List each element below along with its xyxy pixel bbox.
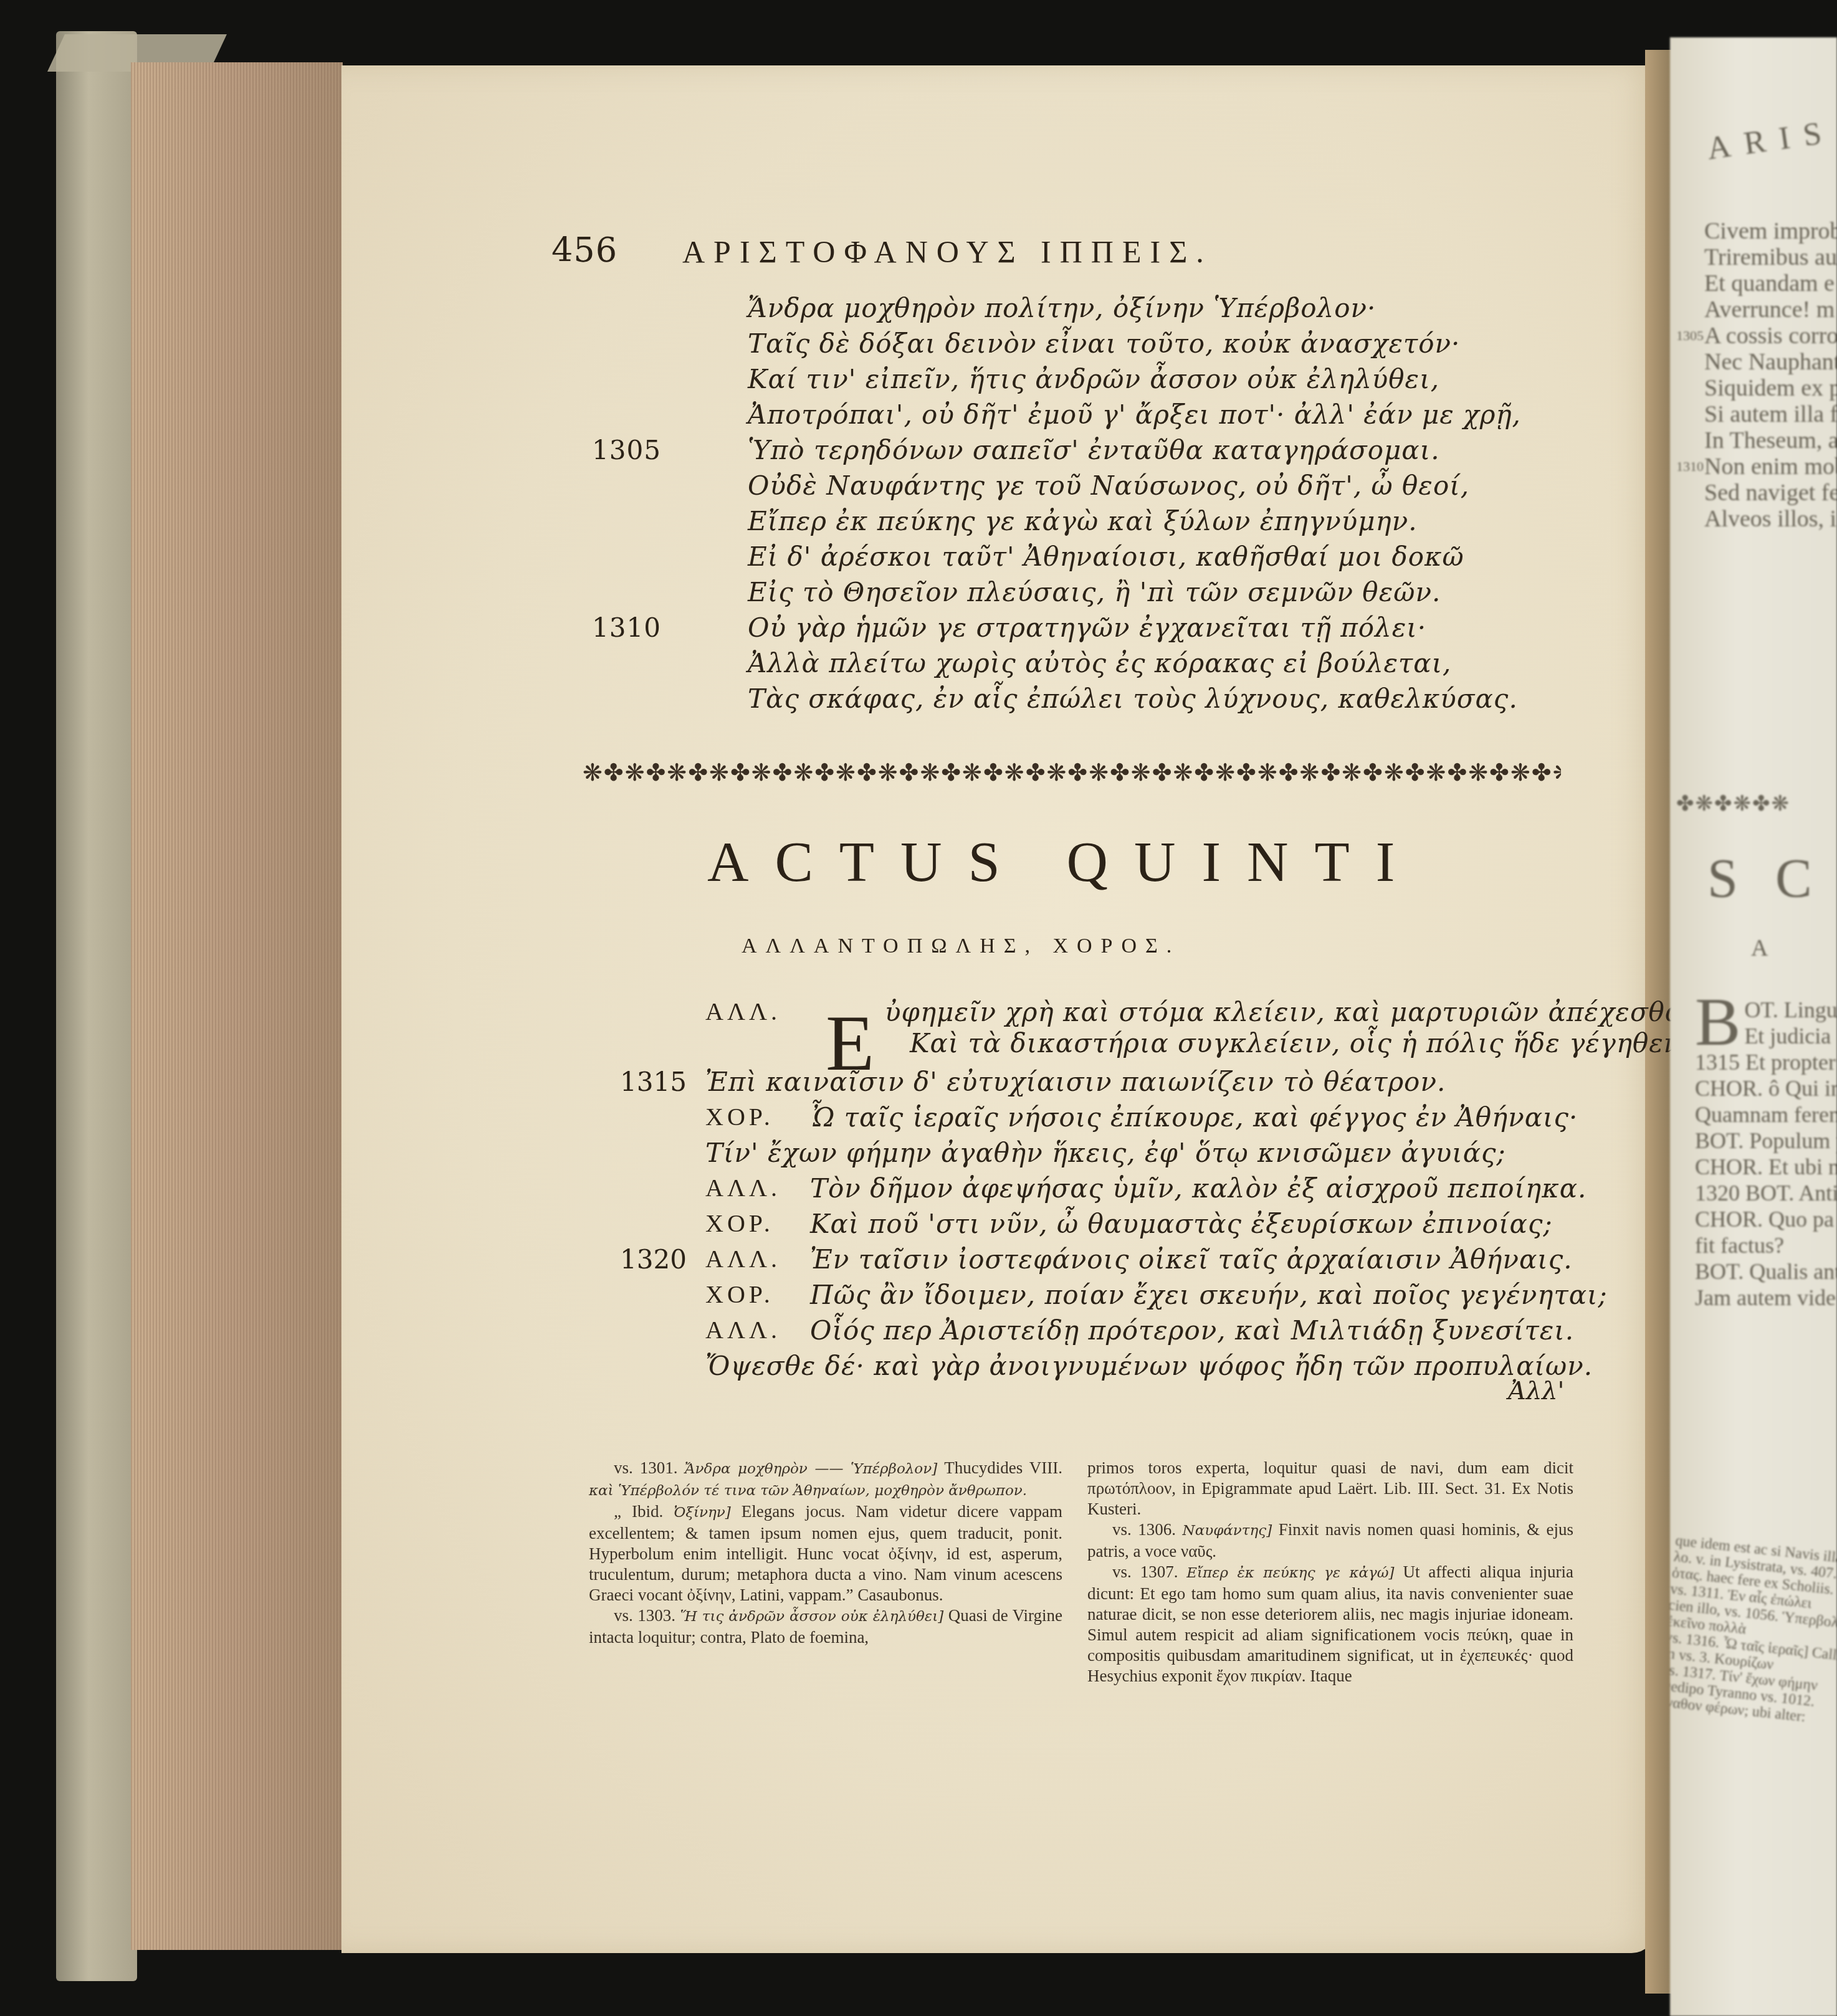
- verse-text: A cossis corrod: [1704, 323, 1837, 349]
- verse-text: Τὰς σκάφας, ἐν αἷς ἐπώλει τοὺς λύχνους, …: [748, 683, 1518, 714]
- verse-text: Ταῖς δὲ δόξαι δεινὸν εἶναι τοῦτο, κοὐκ ἀ…: [748, 328, 1460, 359]
- dialogue-line: CHOR. ô Qui in: [1695, 1075, 1837, 1101]
- dialogue-line: CHOR. Et ubi n: [1695, 1154, 1837, 1180]
- right-ornament-band: ✤❋✤❋✤❋: [1676, 791, 1790, 816]
- verse-line: Εἴπερ ἐκ πεύκης γε κἀγὼ καὶ ξύλων ἐπηγνύ…: [654, 506, 1651, 541]
- book-cover-left: [56, 31, 137, 1981]
- speaker-label: ΑΛΛ.: [705, 1315, 781, 1344]
- dialogue-line: Ὄψεσθε δέ· καὶ γὰρ ἀνοιγνυμένων ψόφος ἤδ…: [654, 1351, 1651, 1386]
- verse-line: Si autem illa fi: [1704, 401, 1837, 427]
- footnotes-right-column: primos toros experta, loquitur quasi de …: [1087, 1458, 1573, 1686]
- verse-line: Εἰς τὸ Θησεῖον πλεύσαις, ἢ 'πὶ τῶν σεμνῶ…: [654, 577, 1651, 612]
- verse-text: Οὐ γὰρ ἡμῶν γε στρατηγῶν ἐγχανεῖται τῇ π…: [748, 612, 1426, 643]
- dialogue-line: Quamnam ferens: [1695, 1101, 1837, 1128]
- footnote-lemma: Ἄνδρα μοχθηρὸν —— Ὑπέρβολον]: [685, 1461, 937, 1477]
- verse-line: Civem improb: [1704, 218, 1837, 244]
- line-number: 1305: [1676, 323, 1704, 349]
- verse-text: Καί τιν' εἰπεῖν, ἥτις ἀνδρῶν ἆσσον οὐκ ἐ…: [748, 364, 1439, 394]
- footnote: vs. 1301. Ἄνδρα μοχθηρὸν —— Ὑπέρβολον] T…: [589, 1458, 1062, 1501]
- right-scene-persons: A: [1751, 934, 1777, 962]
- dialogue-line: Jam autem vide: [1695, 1285, 1837, 1311]
- dialogue-line: 1320 ΑΛΛ. Ἐν ταῖσιν ἰοστεφάνοις οἰκεῖ τα…: [654, 1244, 1651, 1280]
- dialogue-line: 1315 Ἐπὶ καιναῖσιν δ' εὐτυχίαισιν παιωνί…: [654, 1067, 1651, 1102]
- dialogue-line: ΧΟΡ. Ὦ ταῖς ἱεραῖς νήσοις ἐπίκουρε, καὶ …: [654, 1102, 1651, 1138]
- verse-text: Τίν' ἔχων φήμην ἀγαθὴν ἥκεις, ἐφ' ὅτῳ κν…: [705, 1138, 1506, 1168]
- verse-text: Καὶ ποῦ 'στι νῦν, ὦ θαυμαστὰς ἐξευρίσκων…: [810, 1209, 1553, 1239]
- verse-text: Alveos illos, in: [1704, 506, 1837, 532]
- right-page: ARIS Civem improb Triremibus au Et quand…: [1670, 37, 1837, 2016]
- footnote-lemma: Ὀξίνην]: [674, 1505, 730, 1521]
- verse-text: Civem improb: [1704, 218, 1837, 244]
- footnote: vs. 1307. Εἴπερ ἐκ πεύκης γε κἀγώ] Ut af…: [1087, 1562, 1573, 1686]
- verse-text: Ἄνδρα μοχθηρὸν πολίτην, ὀξίνην Ὑπέρβολον…: [748, 293, 1376, 323]
- verse-text: Et quandam e: [1704, 270, 1835, 297]
- page-block-edges: [131, 62, 343, 1950]
- decorative-ornament-band: ❋✤❋✤❋✤❋✤❋✤❋✤❋✤❋✤❋✤❋✤❋✤❋✤❋✤❋✤❋✤❋✤❋✤❋✤❋✤❋✤…: [583, 760, 1561, 785]
- speaker-label: ΧΟΡ.: [705, 1280, 774, 1309]
- verse-line: Καί τιν' εἰπεῖν, ἥτις ἀνδρῶν ἆσσον οὐκ ἐ…: [654, 364, 1651, 399]
- dialogue-line: fit factus?: [1695, 1232, 1837, 1258]
- footnote: vs. 1303. Ἥ τις ἀνδρῶν ἆσσον οὐκ ἐληλύθε…: [589, 1605, 1062, 1648]
- catchword: Ἀλλ': [1508, 1377, 1565, 1405]
- verse-text: Triremibus au: [1704, 244, 1837, 270]
- verse-line: Averrunce! m: [1704, 297, 1837, 323]
- verse-line: In Theseum, a: [1704, 427, 1837, 454]
- footnote-text: Thucydides VIII.: [944, 1458, 1062, 1477]
- dialogue-line: Καὶ τὰ δικαστήρια συγκλείειν, οἷς ἡ πόλι…: [654, 1028, 1651, 1067]
- dialogue-line: ΧΟΡ. Πῶς ἂν ἴδοιμεν, ποίαν ἔχει σκευήν, …: [654, 1280, 1651, 1315]
- verse-text: Sed naviget fe: [1704, 480, 1837, 506]
- footnote-ref: vs. 1303.: [614, 1606, 675, 1625]
- verse-line: Alveos illos, in: [1704, 506, 1837, 532]
- right-dialogue-block: B OT. Linguis fa Et judicia c 1315 Et pr…: [1695, 997, 1837, 1311]
- verse-line: 1305Ὑπὸ τερηδόνων σαπεῖσ' ἐνταῦθα καταγη…: [654, 435, 1651, 470]
- page-number: 456: [551, 231, 618, 270]
- verse-text: Εἰς τὸ Θησεῖον πλεύσαις, ἢ 'πὶ τῶν σεμνῶ…: [748, 577, 1441, 607]
- footnote: „ Ibid. Ὀξίνην] Elegans jocus. Nam videt…: [589, 1501, 1062, 1605]
- verse-line: Οὐδὲ Ναυφάντης γε τοῦ Ναύσωνος, οὐ δῆτ',…: [654, 470, 1651, 506]
- dialogue-line: 1320 BOT. Antiquas i: [1695, 1180, 1837, 1206]
- right-drop-cap: B: [1695, 997, 1740, 1047]
- verse-line: Τὰς σκάφας, ἐν αἷς ἐπώλει τοὺς λύχνους, …: [654, 683, 1651, 719]
- verse-block: Ἄνδρα μοχθηρὸν πολίτην, ὀξίνην Ὑπέρβολον…: [654, 293, 1651, 719]
- verse-line: 1310Non enim mobi: [1704, 454, 1837, 480]
- dialogue-line: ΑΛΛ. Τὸν δῆμον ἀφεψήσας ὑμῖν, καλὸν ἐξ α…: [654, 1173, 1651, 1209]
- scene-persons: ΑΛΛΑΝΤΟΠΩΛΗΣ, ΧΟΡΟΣ.: [742, 934, 1180, 958]
- dialogue-line: Τίν' ἔχων φήμην ἀγαθὴν ἥκεις, ἐφ' ὅτῳ κν…: [654, 1138, 1651, 1173]
- dialogue-line: ΑΛΛ. ὐφημεῖν χρὴ καὶ στόμα κλείειν, καὶ …: [654, 997, 1651, 1028]
- footnote-text: primos toros experta, loquitur quasi de …: [1087, 1458, 1573, 1518]
- verse-line: Εἰ δ' ἀρέσκοι ταῦτ' Ἀθηναίοισι, καθῆσθαί…: [654, 541, 1651, 577]
- running-head: ΑΡΙΣΤΟΦΑΝΟΥΣ ΙΠΠΕΙΣ.: [682, 234, 1213, 270]
- footnote-ref: vs. 1306.: [1112, 1520, 1176, 1539]
- verse-line: Ἄνδρα μοχθηρὸν πολίτην, ὀξίνην Ὑπέρβολον…: [654, 293, 1651, 328]
- dialogue-line: ΑΛΛ. Οἷός περ Ἀριστείδῃ πρότερον, καὶ Μι…: [654, 1315, 1651, 1351]
- dialogue-line: 1315 Et propter nova: [1695, 1049, 1837, 1075]
- line-number: 1310: [1676, 454, 1704, 480]
- speaker-label: ΧΟΡ.: [705, 1102, 774, 1131]
- right-running-head: ARIS: [1705, 113, 1837, 168]
- line-number: 1305: [592, 435, 661, 465]
- verse-text: In Theseum, a: [1704, 427, 1837, 454]
- verse-text: Πῶς ἂν ἴδοιμεν, ποίαν ἔχει σκευήν, καὶ π…: [810, 1280, 1608, 1310]
- verse-line: Ἀλλὰ πλείτω χωρὶς αὐτὸς ἐς κόρακας εἰ βο…: [654, 648, 1651, 683]
- footnotes-left-column: vs. 1301. Ἄνδρα μοχθηρὸν —— Ὑπέρβολον] T…: [589, 1458, 1062, 1648]
- verse-text: Siquidem ex pi: [1704, 375, 1837, 401]
- line-number: 1310: [592, 612, 661, 643]
- footnote-lemma: Ἥ τις ἀνδρῶν ἆσσον οὐκ ἐληλύθει]: [680, 1609, 943, 1625]
- verse-text: Καὶ τὰ δικαστήρια συγκλείειν, οἷς ἡ πόλι…: [910, 1028, 1689, 1058]
- line-number: 1315: [620, 1067, 687, 1097]
- right-verse-block: Civem improb Triremibus au Et quandam e …: [1704, 218, 1837, 532]
- verse-line: 1310Οὐ γὰρ ἡμῶν γε στρατηγῶν ἐγχανεῖται …: [654, 612, 1651, 648]
- verse-line: Nec Nauphant: [1704, 349, 1837, 375]
- verse-text: Ἀλλὰ πλείτω χωρὶς αὐτὸς ἐς κόρακας εἰ βο…: [748, 648, 1451, 678]
- dialogue-block: ΑΛΛ. ὐφημεῖν χρὴ καὶ στόμα κλείειν, καὶ …: [654, 997, 1651, 1386]
- speaker-label: ΑΛΛ.: [705, 997, 781, 1026]
- footnote-ref: vs. 1301.: [614, 1458, 678, 1477]
- verse-text: Οἷός περ Ἀριστείδῃ πρότερον, καὶ Μιλτιάδ…: [810, 1315, 1574, 1346]
- footnote-lemma: Εἴπερ ἐκ πεύκης γε κἀγώ]: [1186, 1565, 1394, 1581]
- speaker-label: ΑΛΛ.: [705, 1173, 781, 1202]
- dialogue-line: CHOR. Quo pa: [1695, 1206, 1837, 1232]
- footnote-lemma: Ναυφάντης]: [1183, 1523, 1272, 1539]
- dialogue-line: ΧΟΡ. Καὶ ποῦ 'στι νῦν, ὦ θαυμαστὰς ἐξευρ…: [654, 1209, 1651, 1244]
- dialogue-line: BOT. Populum p: [1695, 1128, 1837, 1154]
- verse-text: Τὸν δῆμον ἀφεψήσας ὑμῖν, καλὸν ἐξ αἰσχρο…: [810, 1173, 1586, 1204]
- verse-line: 1305A cossis corrod: [1704, 323, 1837, 349]
- verse-line: Triremibus au: [1704, 244, 1837, 270]
- speaker-label: ΑΛΛ.: [705, 1244, 781, 1273]
- footnote: vs. 1306. Ναυφάντης] Finxit navis nomen …: [1087, 1519, 1573, 1562]
- verse-line: Siquidem ex pi: [1704, 375, 1837, 401]
- verse-line: Et quandam e: [1704, 270, 1837, 297]
- verse-text: Ὑπὸ τερηδόνων σαπεῖσ' ἐνταῦθα καταγηράσο…: [748, 435, 1440, 465]
- verse-text: Εἴπερ ἐκ πεύκης γε κἀγὼ καὶ ξύλων ἐπηγνύ…: [748, 506, 1418, 536]
- verse-text: Averrunce! m: [1704, 297, 1835, 323]
- verse-text: ὐφημεῖν χρὴ καὶ στόμα κλείειν, καὶ μαρτυ…: [885, 997, 1703, 1027]
- verse-text: Ἐν ταῖσιν ἰοστεφάνοις οἰκεῖ ταῖς ἀρχαίαι…: [810, 1244, 1573, 1275]
- verse-text: Ἐπὶ καιναῖσιν δ' εὐτυχίαισιν παιωνίζειν …: [705, 1067, 1446, 1097]
- verse-text: Ὦ ταῖς ἱεραῖς νήσοις ἐπίκουρε, καὶ φέγγο…: [810, 1102, 1578, 1133]
- act-title: ACTUS QUINTI: [707, 829, 1421, 895]
- verse-text: Si autem illa fi: [1704, 401, 1837, 427]
- verse-text: Non enim mobi: [1704, 454, 1837, 480]
- line-number: 1320: [620, 1244, 687, 1275]
- right-footnotes: que idem est ac si Navis illa di λο. v. …: [1670, 1533, 1837, 1729]
- verse-line: Sed naviget fe: [1704, 480, 1837, 506]
- speaker-label: ΧΟΡ.: [705, 1209, 774, 1238]
- verse-text: Οὐδὲ Ναυφάντης γε τοῦ Ναύσωνος, οὐ δῆτ',…: [748, 470, 1469, 501]
- verse-text: Ὄψεσθε δέ· καὶ γὰρ ἀνοιγνυμένων ψόφος ἤδ…: [705, 1351, 1593, 1381]
- verse-text: Εἰ δ' ἀρέσκοι ταῦτ' Ἀθηναίοισι, καθῆσθαί…: [748, 541, 1464, 572]
- verse-line: Ἀποτρόπαι', οὐ δῆτ' ἐμοῦ γ' ἄρξει ποτ'· …: [654, 399, 1651, 435]
- right-scene-title: SC: [1707, 847, 1837, 910]
- verse-text: Ἀποτρόπαι', οὐ δῆτ' ἐμοῦ γ' ἄρξει ποτ'· …: [748, 399, 1521, 430]
- verse-text: Nec Nauphant: [1704, 349, 1837, 375]
- footnote-ref: „ Ibid.: [614, 1502, 663, 1521]
- dialogue-line: BOT. Qualis ante: [1695, 1258, 1837, 1285]
- verse-line: Ταῖς δὲ δόξαι δεινὸν εἶναι τοῦτο, κοὐκ ἀ…: [654, 328, 1651, 364]
- footnote-ref: vs. 1307.: [1112, 1562, 1178, 1581]
- footnote: primos toros experta, loquitur quasi de …: [1087, 1458, 1573, 1519]
- footnote-greek: καὶ Ὑπέρβολόν τέ τινα τῶν Ἀθηναίων, μοχθ…: [589, 1483, 1027, 1499]
